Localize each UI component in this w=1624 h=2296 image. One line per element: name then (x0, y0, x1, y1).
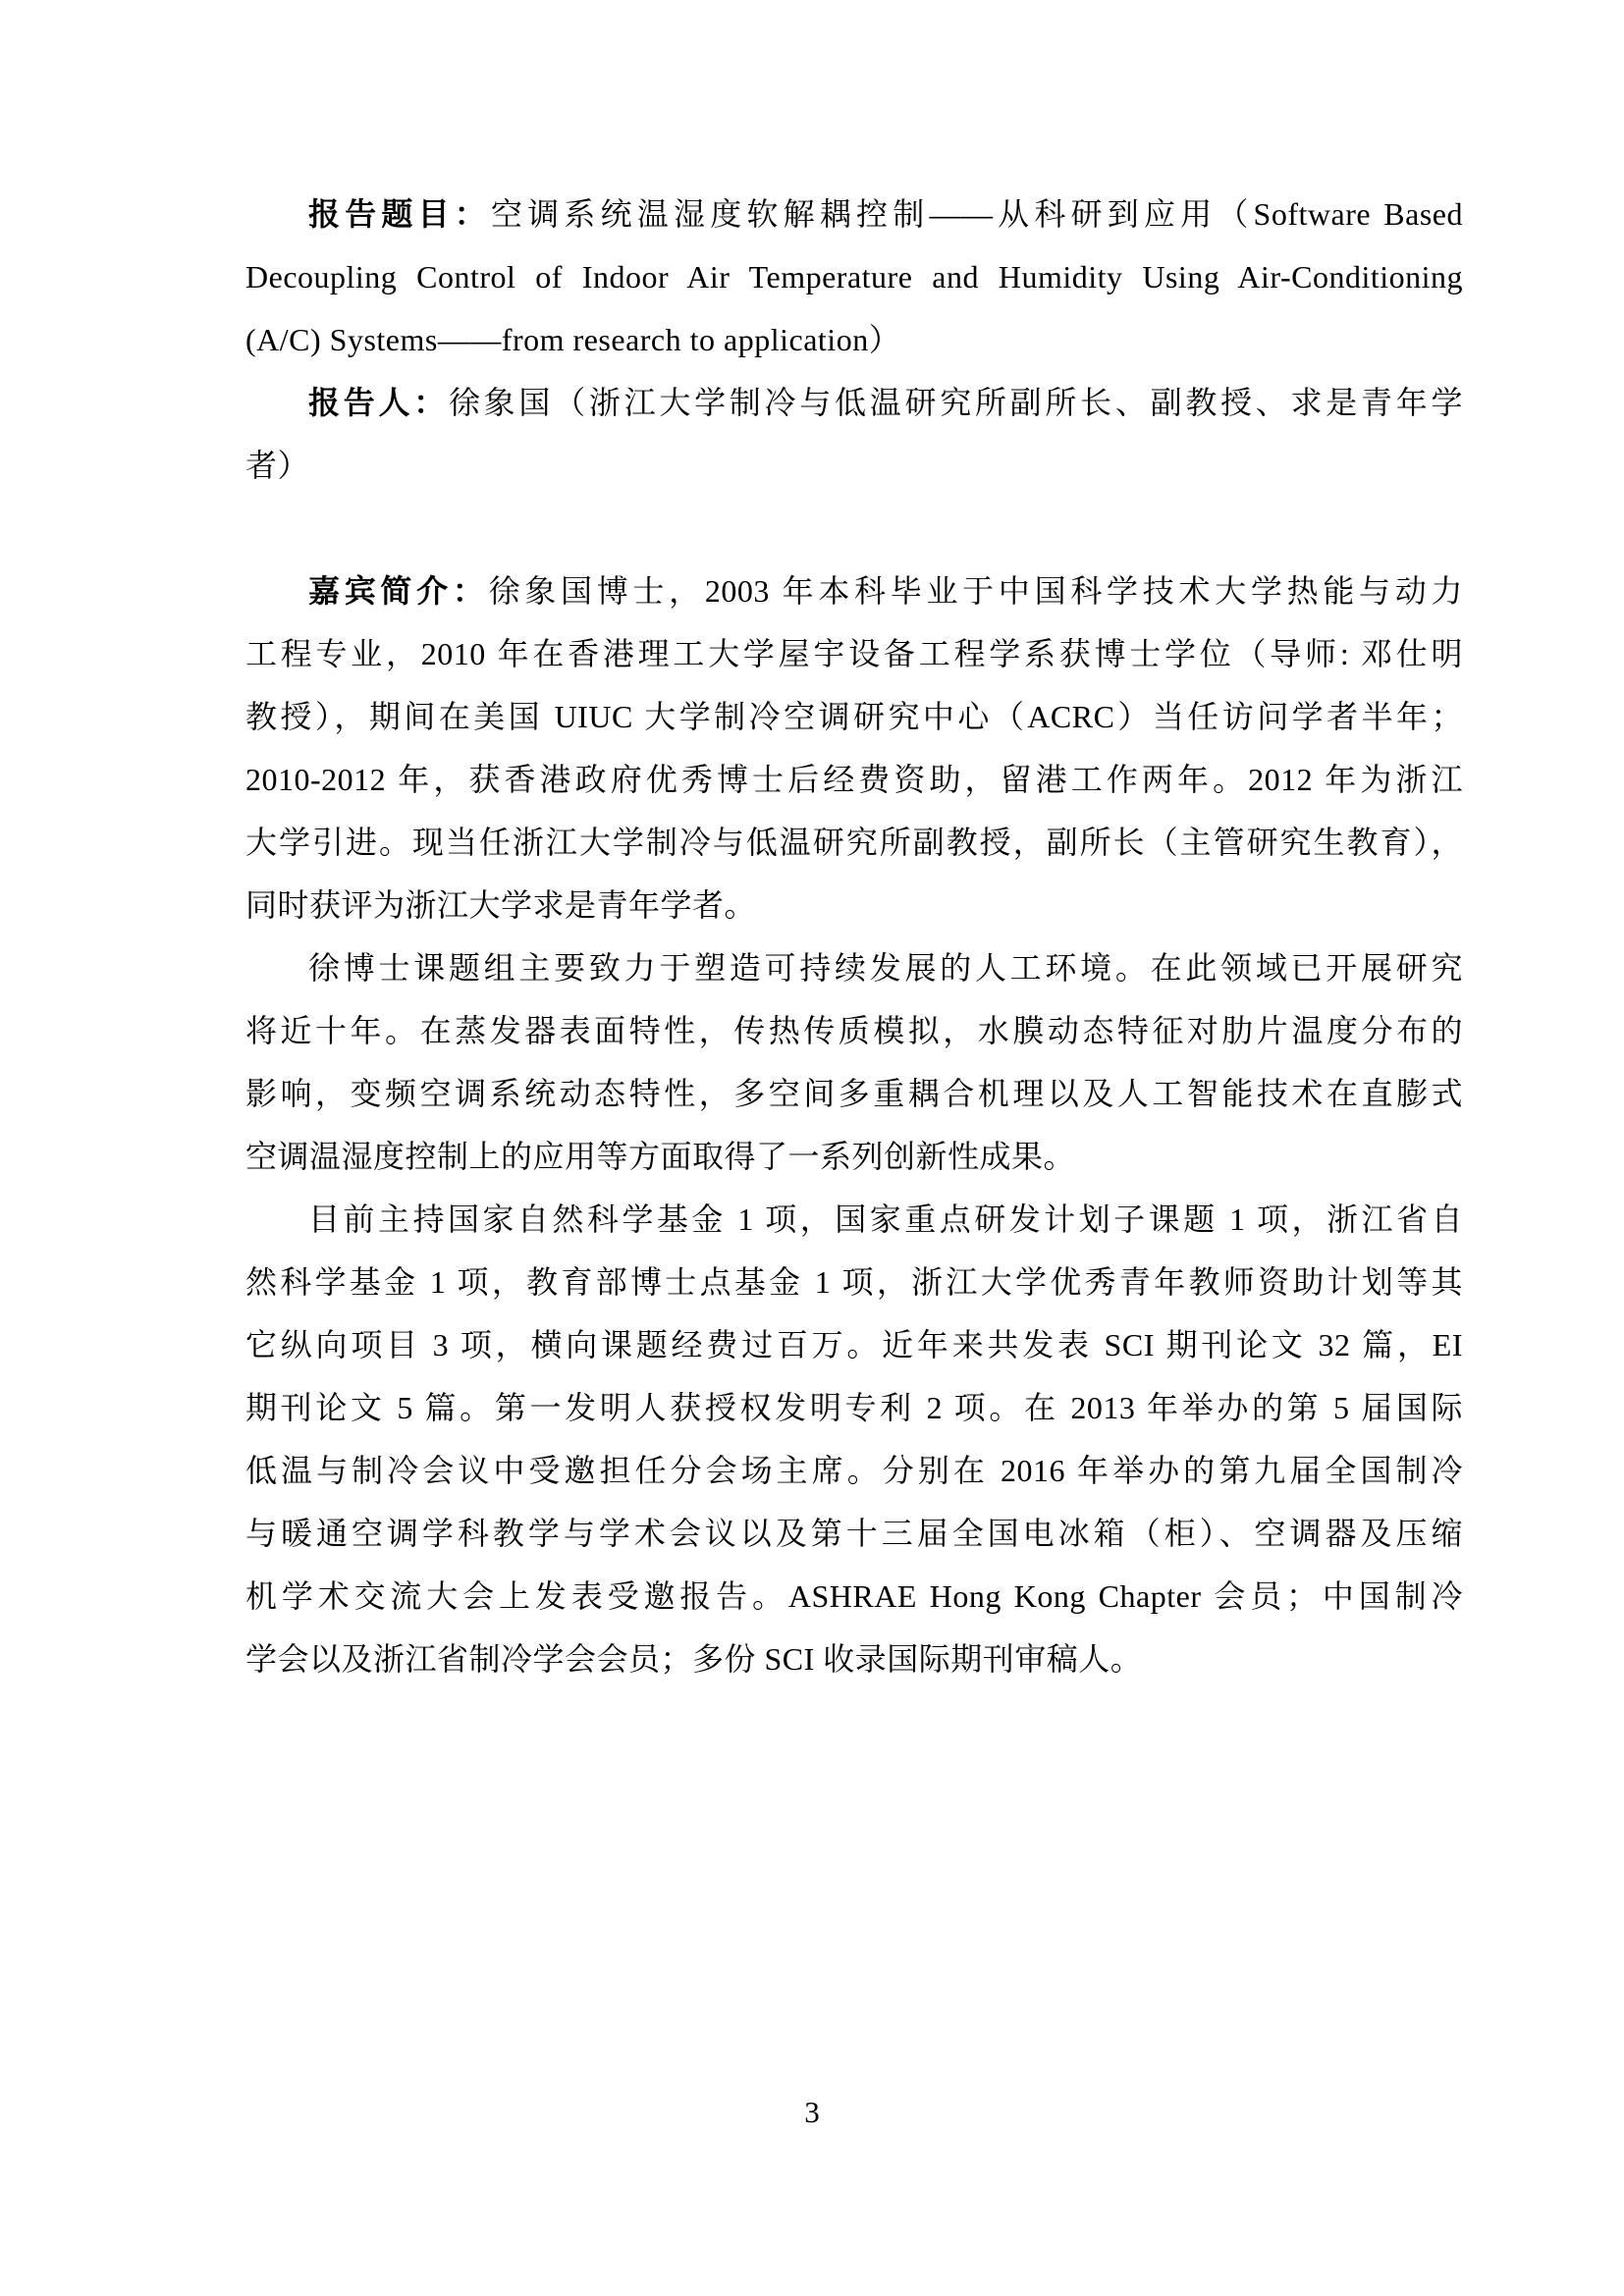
text-line: 期刊论文 5 篇。第一发明人获授权发明专利 2 项。在 2013 年举办的第 5… (245, 1376, 1463, 1439)
line-text: (A/C) Systems——from research to applicat… (245, 322, 900, 357)
line-text: 学会以及浙江省制冷学会会员；多份 SCI 收录国际期刊审稿人。 (245, 1641, 1142, 1677)
line-text: 教授），期间在美国 UIUC 大学制冷空调研究中心（ACRC）当任访问学者半年； (245, 699, 1463, 734)
text-line: (A/C) Systems——from research to applicat… (245, 308, 1463, 371)
text-line: 同时获评为浙江大学求是青年学者。 (245, 874, 1463, 936)
paragraph-report-title: 报告题目：空调系统温湿度软解耦控制——从科研到应用（Software Based… (245, 183, 1463, 371)
line-text: 期刊论文 5 篇。第一发明人获授权发明专利 2 项。在 2013 年举办的第 5… (245, 1390, 1463, 1425)
document-page: 报告题目：空调系统温湿度软解耦控制——从科研到应用（Software Based… (0, 0, 1624, 2296)
text-line: 然科学基金 1 项，教育部博士点基金 1 项，浙江大学优秀青年教师资助计划等其 (245, 1251, 1463, 1313)
text-line: 报告人：徐象国（浙江大学制冷与低温研究所副所长、副教授、求是青年学 (245, 371, 1463, 434)
text-line: 空调温湿度控制上的应用等方面取得了一系列创新性成果。 (245, 1125, 1463, 1188)
line-text: 同时获评为浙江大学求是青年学者。 (245, 887, 756, 923)
paragraph-label: 报告人： (308, 385, 449, 420)
paragraph-speaker: 报告人：徐象国（浙江大学制冷与低温研究所副所长、副教授、求是青年学者） (245, 371, 1463, 497)
line-text: 它纵向项目 3 项，横向课题经费过百万。近年来共发表 SCI 期刊论文 32 篇… (245, 1327, 1463, 1362)
page-number: 3 (0, 2088, 1624, 2137)
text-line: 工程专业，2010 年在香港理工大学屋宇设备工程学系获博士学位（导师: 邓仕明 (245, 622, 1463, 685)
text-line: 学会以及浙江省制冷学会会员；多份 SCI 收录国际期刊审稿人。 (245, 1628, 1463, 1690)
text-line: 嘉宾简介：徐象国博士，2003 年本科毕业于中国科学技术大学热能与动力 (245, 560, 1463, 622)
line-text: 影响，变频空调系统动态特性，多空间多重耦合机理以及人工智能技术在直膨式 (245, 1076, 1463, 1111)
line-text: 空调系统温湿度软解耦控制——从科研到应用（Software Based (491, 196, 1463, 232)
line-text: 者） (245, 448, 309, 483)
line-text: 空调温湿度控制上的应用等方面取得了一系列创新性成果。 (245, 1139, 1075, 1174)
line-text: 2010-2012 年，获香港政府优秀博士后经费资助，留港工作两年。2012 年… (245, 762, 1463, 797)
text-line: 低温与制冷会议中受邀担任分会场主席。分别在 2016 年举办的第九届全国制冷 (245, 1439, 1463, 1502)
line-text: 机学术交流大会上发表受邀报告。ASHRAE Hong Kong Chapter … (245, 1578, 1463, 1614)
text-line: 影响，变频空调系统动态特性，多空间多重耦合机理以及人工智能技术在直膨式 (245, 1062, 1463, 1125)
paragraph-guest-bio-education: 嘉宾简介：徐象国博士，2003 年本科毕业于中国科学技术大学热能与动力工程专业，… (245, 560, 1463, 936)
text-line: 将近十年。在蒸发器表面特性，传热传质模拟，水膜动态特征对肋片温度分布的 (245, 999, 1463, 1062)
line-text: 徐博士课题组主要致力于塑造可持续发展的人工环境。在此领域已开展研究 (308, 950, 1463, 986)
text-line: 与暖通空调学科教学与学术会议以及第十三届全国电冰箱（柜）、空调器及压缩 (245, 1502, 1463, 1565)
line-text: Decoupling Control of Indoor Air Tempera… (245, 259, 1463, 294)
text-line: 它纵向项目 3 项，横向课题经费过百万。近年来共发表 SCI 期刊论文 32 篇… (245, 1313, 1463, 1376)
line-text: 目前主持国家自然科学基金 1 项，国家重点研发计划子课题 1 项，浙江省自 (308, 1201, 1463, 1237)
document-body: 报告题目：空调系统温湿度软解耦控制——从科研到应用（Software Based… (245, 183, 1463, 1690)
text-line: 机学术交流大会上发表受邀报告。ASHRAE Hong Kong Chapter … (245, 1565, 1463, 1628)
text-line: 徐博士课题组主要致力于塑造可持续发展的人工环境。在此领域已开展研究 (245, 936, 1463, 999)
line-text: 然科学基金 1 项，教育部博士点基金 1 项，浙江大学优秀青年教师资助计划等其 (245, 1264, 1463, 1300)
line-text: 徐象国（浙江大学制冷与低温研究所副所长、副教授、求是青年学 (449, 385, 1463, 420)
text-line: 大学引进。现当任浙江大学制冷与低温研究所副教授，副所长（主管研究生教育）， (245, 811, 1463, 874)
text-line: 报告题目：空调系统温湿度软解耦控制——从科研到应用（Software Based (245, 183, 1463, 245)
line-text: 低温与制冷会议中受邀担任分会场主席。分别在 2016 年举办的第九届全国制冷 (245, 1453, 1463, 1488)
text-line: 者） (245, 434, 1463, 497)
paragraph-label: 嘉宾简介： (308, 573, 489, 609)
text-line: Decoupling Control of Indoor Air Tempera… (245, 245, 1463, 308)
paragraph-guest-bio-achievements: 目前主持国家自然科学基金 1 项，国家重点研发计划子课题 1 项，浙江省自然科学… (245, 1188, 1463, 1690)
text-line: 2010-2012 年，获香港政府优秀博士后经费资助，留港工作两年。2012 年… (245, 748, 1463, 811)
line-text: 工程专业，2010 年在香港理工大学屋宇设备工程学系获博士学位（导师: 邓仕明 (245, 636, 1463, 671)
line-text: 将近十年。在蒸发器表面特性，传热传质模拟，水膜动态特征对肋片温度分布的 (245, 1013, 1463, 1048)
line-text: 徐象国博士，2003 年本科毕业于中国科学技术大学热能与动力 (489, 573, 1463, 609)
text-line: 教授），期间在美国 UIUC 大学制冷空调研究中心（ACRC）当任访问学者半年； (245, 685, 1463, 748)
line-text: 大学引进。现当任浙江大学制冷与低温研究所副教授，副所长（主管研究生教育）， (245, 825, 1463, 860)
paragraph-label: 报告题目： (308, 196, 491, 232)
line-text: 与暖通空调学科教学与学术会议以及第十三届全国电冰箱（柜）、空调器及压缩 (245, 1516, 1463, 1551)
text-line: 目前主持国家自然科学基金 1 项，国家重点研发计划子课题 1 项，浙江省自 (245, 1188, 1463, 1251)
paragraph-guest-bio-research: 徐博士课题组主要致力于塑造可持续发展的人工环境。在此领域已开展研究将近十年。在蒸… (245, 936, 1463, 1188)
